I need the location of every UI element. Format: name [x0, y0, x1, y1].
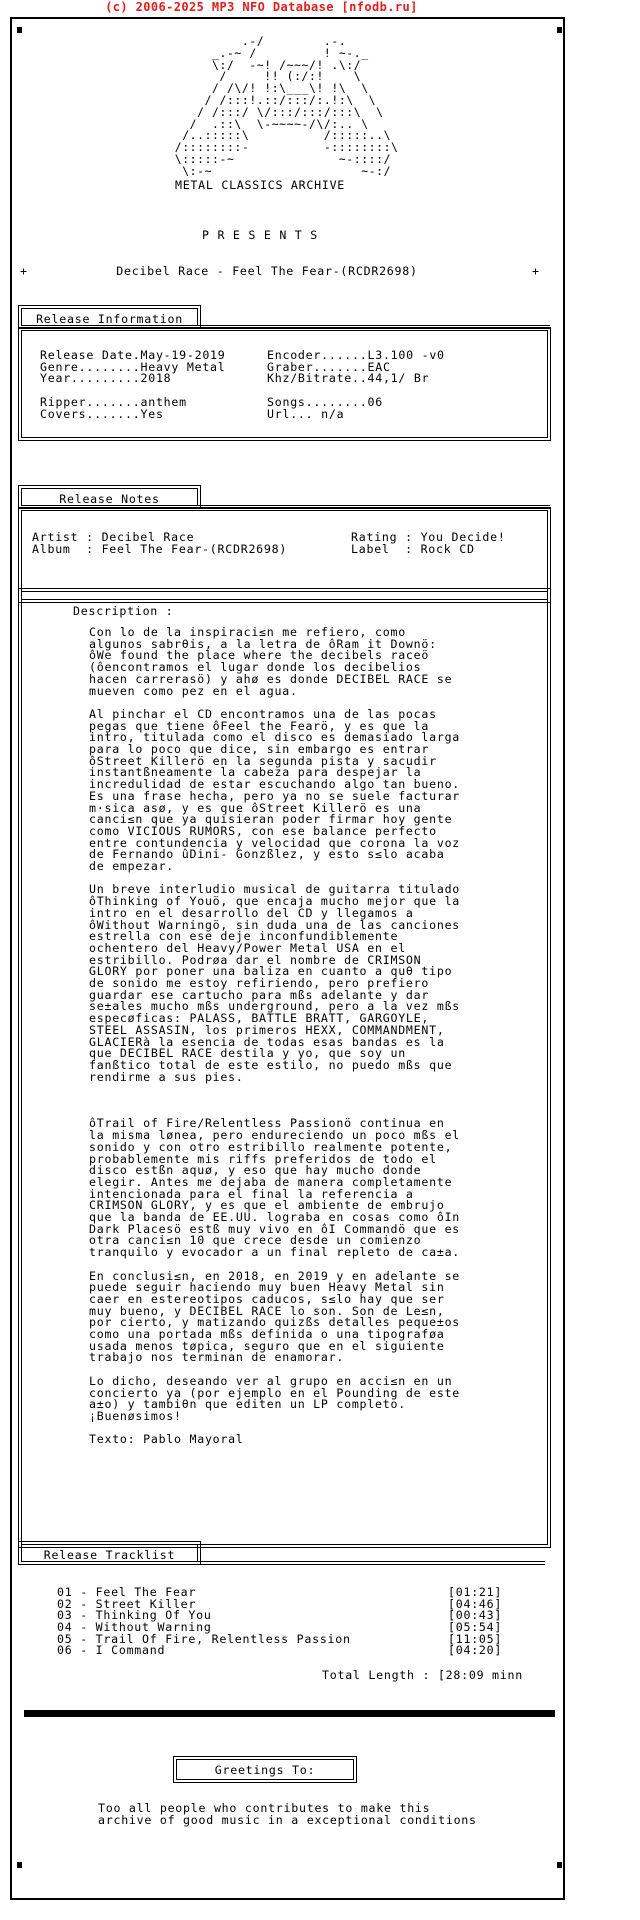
tab-release-tracklist: Release Tracklist	[18, 1541, 201, 1565]
tab-rule	[197, 1561, 545, 1565]
corner-marker	[17, 27, 22, 33]
track-length: [04:20]	[448, 1645, 502, 1657]
info-field: Year.........2018	[40, 373, 226, 385]
corner-marker	[557, 1862, 562, 1868]
description-paragraph: Al pinchar el CD encontramos una de las …	[89, 709, 460, 873]
description-paragraph: Con lo de la inspiraci≤n me refiero, com…	[89, 627, 460, 697]
release-title: Decibel Race - Feel The Fear-(RCDR2698)	[0, 266, 520, 278]
corner-marker	[17, 1862, 22, 1868]
info-field: Khz/Bitrate..44,1/ Br	[267, 373, 445, 385]
tab-label: Release Notes	[22, 492, 197, 507]
description-paragraph: En conclusi≤n, en 2018, en 2019 y en ade…	[89, 1271, 460, 1365]
description-paragraph: Lo dicho, deseando ver al grupo en acci≤…	[89, 1376, 460, 1423]
greetings-box: Greetings To:	[173, 1756, 357, 1783]
ascii-logo: .-/ .-. _.-~ / ! ~-._ \:/ -~! /~~~/! .\:…	[130, 36, 398, 178]
description-paragraph: Un breve interludio musical de guitarra …	[89, 884, 460, 1083]
logo-caption: METAL CLASSICS ARCHIVE	[0, 180, 520, 192]
presents-heading: P R E S E N T S	[0, 230, 520, 242]
tab-release-information: Release Information	[18, 305, 201, 329]
total-length: Total Length : [28:09 minn	[322, 1670, 523, 1682]
tracklist: 01 - Feel The Fear[01:21]02 - Street Kil…	[57, 1587, 351, 1657]
tab-label: Release Tracklist	[22, 1548, 197, 1563]
info-field: Covers.......Yes	[40, 409, 226, 421]
separator-bar	[24, 1710, 555, 1717]
description-heading: Description :	[73, 606, 174, 618]
info-field: Url... n/a	[267, 409, 445, 421]
release-info-left-column: Release Date.May-19-2019Genre........Hea…	[40, 350, 226, 420]
description-paragraph: Texto: Pablo Mayoral	[89, 1434, 460, 1446]
greetings-label: Greetings To:	[177, 1765, 353, 1777]
tab-release-notes: Release Notes	[18, 485, 201, 509]
track-row: 06 - I Command[04:20]	[57, 1645, 351, 1657]
album-line: Album : Feel The Fear-(RCDR2698)	[32, 544, 287, 556]
corner-marker	[557, 27, 562, 33]
track-title: 06 - I Command	[57, 1643, 165, 1657]
copyright-header: (c) 2006-2025 MP3 NFO Database [nfodb.ru…	[0, 0, 523, 14]
greetings-line: archive of good music in a exceptional c…	[98, 1815, 477, 1827]
release-info-right-column: Encoder......L3.100 -v0Graber.......EACK…	[267, 350, 445, 420]
title-marker-right: +	[532, 266, 540, 278]
tab-label: Release Information	[22, 312, 197, 327]
label-line: Label : Rock CD	[351, 544, 475, 556]
description-body: Con lo de la inspiraci≤n me refiero, com…	[89, 627, 460, 1458]
description-paragraph: ôTrail of Fire/Relentless Passionö conti…	[89, 1118, 460, 1258]
